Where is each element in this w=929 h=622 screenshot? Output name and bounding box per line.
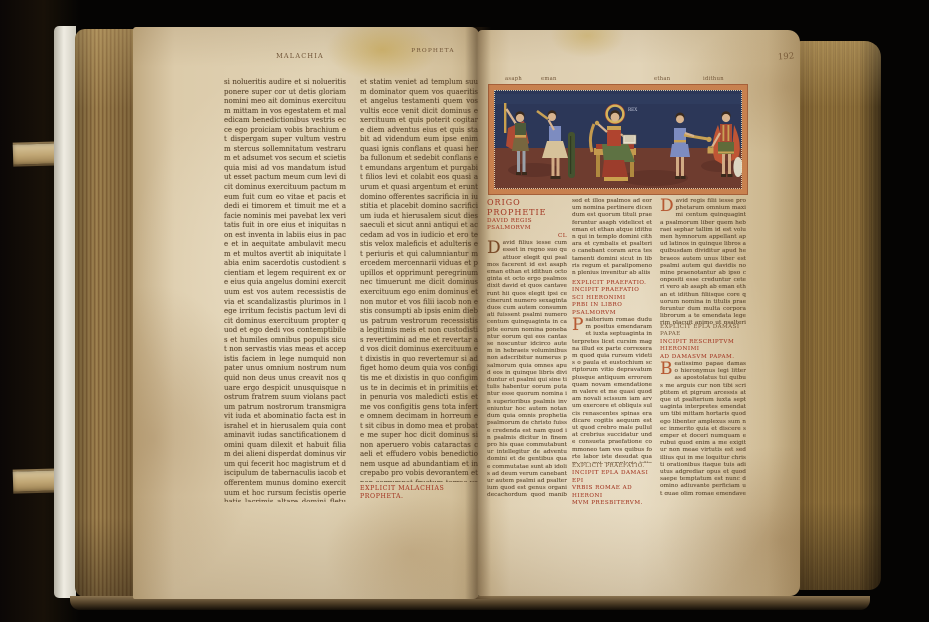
running-title-malachia: MALACHIA — [255, 52, 345, 60]
manuscript-photo: MALACHIA PROPHETA si nolueritis audire e… — [0, 0, 929, 622]
initial-b-beatissimo: B — [660, 362, 673, 376]
caption-asaph: asaph — [505, 76, 522, 82]
folio-number: 192 — [778, 51, 795, 62]
malachi-text-column-2: et statim veniet ad templum suum dominat… — [360, 78, 478, 482]
initial-d-david-rex: D — [660, 199, 674, 213]
david-miniature-svg: REX — [494, 90, 742, 189]
caption-eman: eman — [541, 76, 557, 82]
david-miniature: REX — [489, 85, 747, 194]
left-page: MALACHIA PROPHETA si nolueritis audire e… — [133, 27, 479, 599]
left-cover-edge — [54, 26, 76, 598]
right-text-column-3: David regis filii iesse prophetarum omni… — [660, 198, 746, 500]
right-text-column-1: ORIGO PROPHETIE DAVID REGIS PSALMORVM CL… — [487, 198, 567, 500]
right-page: 192 asaph eman ethan idithun — [478, 30, 800, 596]
incipit-epistola-line1: INCIPIT EPLA DAMASI EPI — [572, 470, 652, 485]
incipit-praefatio-line1: INCIPIT PRAEFATIO SCI HIERONIMI — [572, 287, 652, 302]
fore-edge-page-block — [799, 41, 881, 590]
gutter-shadow — [465, 27, 491, 599]
psalterium-text: salterium romae dudum positus emendaram … — [572, 317, 652, 463]
david-rex-text: avid regis filii iesse prophetarum omniu… — [660, 198, 746, 324]
running-title-propheta: PROPHETA — [393, 48, 473, 54]
preface-end-text: sed et illos psalmos ad eorum nomina per… — [572, 198, 652, 280]
malachi-text-column-1: si nolueritis audire et si nolueritis po… — [224, 78, 346, 502]
beatissimo-text: eatissimo papae damaso hieronymus legi l… — [660, 361, 746, 495]
explicit-malachias-rubric: EXPLICIT MALACHIAS PROPHETA. — [360, 485, 478, 501]
origo-rubric-line2: DAVID REGIS PSALMORVM — [487, 218, 567, 233]
incipit-epistola-line2: VRBIS ROMAE AD HIERONI — [572, 485, 652, 500]
incipit-epistola-line3: MVM PRESBITERVM. — [572, 500, 652, 507]
origo-text: avid filius iesse cum esset in regno suo… — [487, 240, 567, 498]
origo-rubric-line1: ORIGO PROPHETIE — [487, 198, 567, 218]
beatissimo-text-block: Beatissimo papae damaso hieronymus legi … — [660, 361, 746, 495]
origo-text-block: David filius iesse cum esset in regno su… — [487, 240, 567, 498]
incipit-rescriptum-line2: AD DAMASVM PAPAM. — [660, 354, 746, 361]
caption-ethan: ethan — [654, 76, 670, 82]
initial-p-psalterium: P — [572, 318, 583, 332]
left-page-edges — [75, 29, 135, 597]
halo-inscription: REX — [628, 107, 637, 112]
explicit-epistola-mid: EXPLICIT EPLA DAMASI PAPAE — [660, 324, 746, 339]
david-rex-text-block: David regis filii iesse prophetarum omni… — [660, 198, 746, 324]
left-text-column-1: si nolueritis audire et si nolueritis po… — [224, 78, 346, 502]
left-text-column-2: et statim veniet ad templum suum dominat… — [360, 78, 478, 514]
incipit-praefatio-line2: PRBI IN LIBRO PSALMORVM — [572, 302, 652, 317]
right-text-column-2: sed et illos psalmos ad eorum nomina per… — [572, 198, 652, 500]
origo-rubric-line3: CL — [487, 233, 567, 240]
incipit-rescriptum-line1: INCIPIT RESCRIPTVM HIERONIMI — [660, 339, 746, 354]
psalterium-text-block: Psalterium romae dudum positus emendaram… — [572, 317, 652, 463]
caption-idithun: idithun — [703, 76, 724, 82]
